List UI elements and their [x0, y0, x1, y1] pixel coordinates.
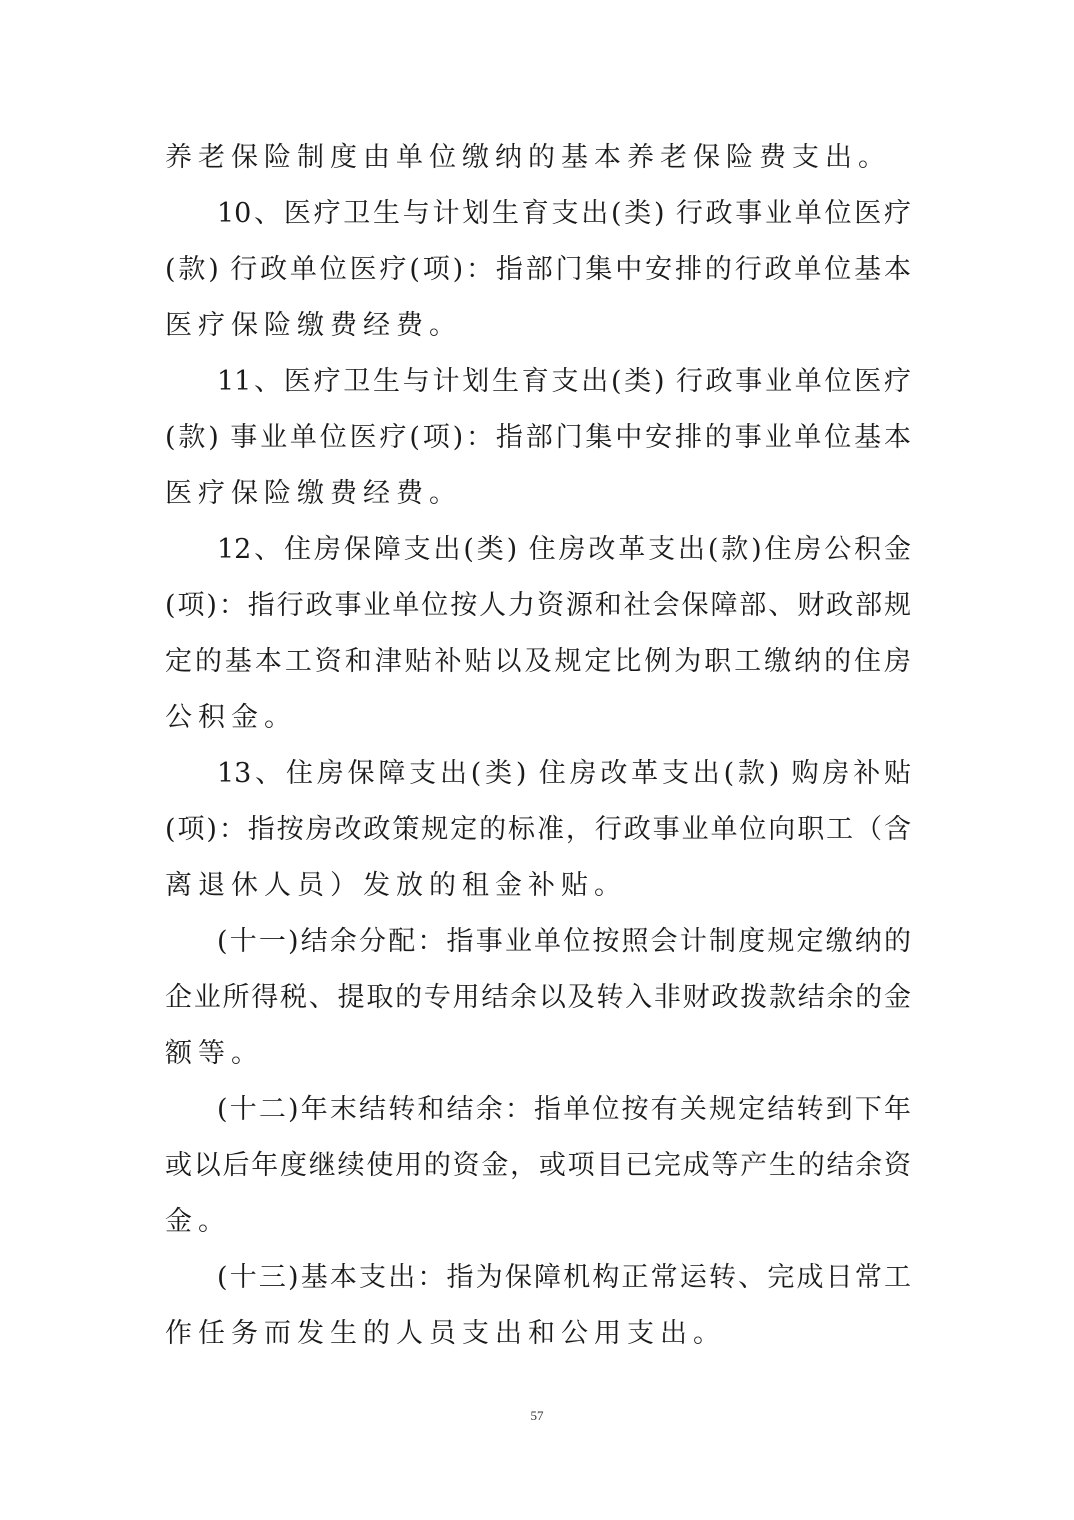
- text-line: 10、医疗卫生与计划生育支出(类) 行政事业单位医疗: [165, 186, 911, 242]
- text-line: 金。: [165, 1194, 911, 1250]
- text-line: (款) 行政单位医疗(项)：指部门集中安排的行政单位基本: [165, 242, 911, 298]
- text-line: 定的基本工资和津贴补贴以及规定比例为职工缴纳的住房: [165, 634, 911, 690]
- text-line: (项)：指按房改政策规定的标准，行政事业单位向职工（含: [165, 802, 911, 858]
- text-line: (款) 事业单位医疗(项)：指部门集中安排的事业单位基本: [165, 410, 911, 466]
- paragraph-section-11: (十一)结余分配：指事业单位按照会计制度规定缴纳的 企业所得税、提取的专用结余以…: [165, 914, 911, 1082]
- paragraph-item-11: 11、医疗卫生与计划生育支出(类) 行政事业单位医疗 (款) 事业单位医疗(项)…: [165, 354, 911, 522]
- text-line: 医疗保险缴费经费。: [165, 466, 911, 522]
- text-line: (项)：指行政事业单位按人力资源和社会保障部、财政部规: [165, 578, 911, 634]
- text-line: 企业所得税、提取的专用结余以及转入非财政拨款结余的金: [165, 970, 911, 1026]
- text-line: 13、住房保障支出(类) 住房改革支出(款) 购房补贴: [165, 746, 911, 802]
- text-line: (十一)结余分配：指事业单位按照会计制度规定缴纳的: [165, 914, 911, 970]
- text-line: 12、住房保障支出(类) 住房改革支出(款)住房公积金: [165, 522, 911, 578]
- paragraph-item-13: 13、住房保障支出(类) 住房改革支出(款) 购房补贴 (项)：指按房改政策规定…: [165, 746, 911, 914]
- paragraph-section-12: (十二)年末结转和结余：指单位按有关规定结转到下年 或以后年度继续使用的资金，或…: [165, 1082, 911, 1250]
- text-line: 额等。: [165, 1026, 911, 1082]
- text-line: 养老保险制度由单位缴纳的基本养老保险费支出。: [165, 130, 911, 186]
- paragraph-section-13: (十三)基本支出：指为保障机构正常运转、完成日常工 作任务而发生的人员支出和公用…: [165, 1250, 911, 1362]
- text-line: 11、医疗卫生与计划生育支出(类) 行政事业单位医疗: [165, 354, 911, 410]
- paragraph-continuation: 养老保险制度由单位缴纳的基本养老保险费支出。: [165, 130, 911, 186]
- paragraph-item-12: 12、住房保障支出(类) 住房改革支出(款)住房公积金 (项)：指行政事业单位按…: [165, 522, 911, 746]
- page-number: 57: [0, 1408, 1074, 1424]
- text-line: (十二)年末结转和结余：指单位按有关规定结转到下年: [165, 1082, 911, 1138]
- text-line: 公积金。: [165, 690, 911, 746]
- document-page: 养老保险制度由单位缴纳的基本养老保险费支出。 10、医疗卫生与计划生育支出(类)…: [165, 130, 911, 1362]
- text-line: 或以后年度继续使用的资金，或项目已完成等产生的结余资: [165, 1138, 911, 1194]
- text-line: 医疗保险缴费经费。: [165, 298, 911, 354]
- text-line: (十三)基本支出：指为保障机构正常运转、完成日常工: [165, 1250, 911, 1306]
- text-line: 离退休人员）发放的租金补贴。: [165, 858, 911, 914]
- paragraph-item-10: 10、医疗卫生与计划生育支出(类) 行政事业单位医疗 (款) 行政单位医疗(项)…: [165, 186, 911, 354]
- text-line: 作任务而发生的人员支出和公用支出。: [165, 1306, 911, 1362]
